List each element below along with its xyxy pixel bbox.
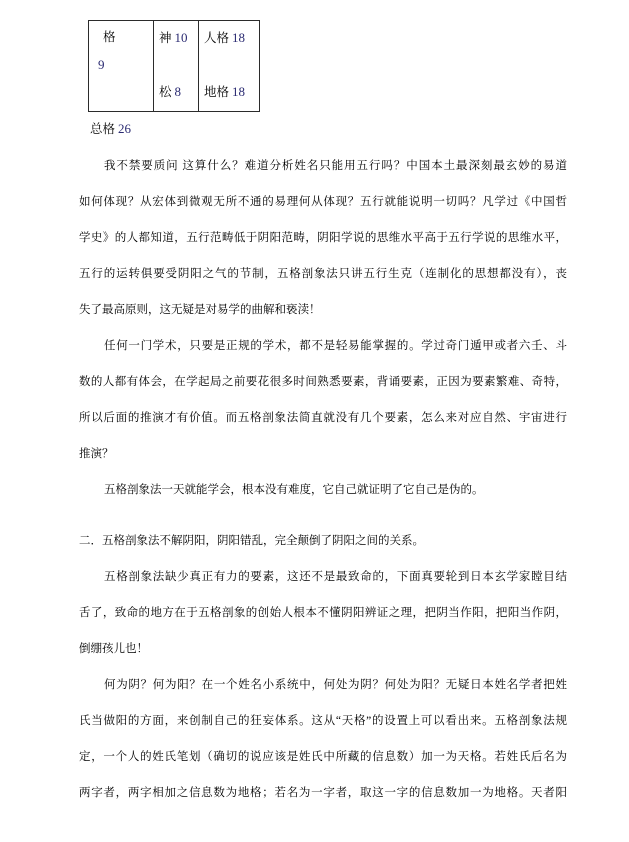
cell-renge-value: 18 (232, 30, 245, 45)
cell-shen-label: 神 (159, 31, 172, 45)
cell-ge-value: 9 (98, 57, 105, 72)
cell-song-label: 松 (159, 85, 172, 99)
paragraph-line: 两字者，两字相加之信息数为地格；若名为一字者，取这一字的信息数加一为地格。天者阳 (79, 775, 567, 811)
zongge-total-line: 总格26 (90, 120, 131, 138)
paragraph-line: 五格剖象法一天就能学会，根本没有难度，它自己就证明了它自己是伪的。 (79, 472, 567, 508)
cell-shen-value: 10 (175, 30, 188, 45)
document-page: 格 9 神10 松8 人格18 地格18 总格26 我不禁要质问 这算什么？难道… (0, 0, 629, 842)
cell-dige-value: 18 (232, 84, 245, 99)
cell-shen-entry: 神10 (159, 30, 188, 46)
cell-dige-label: 地格 (204, 85, 229, 99)
cell-renge-entry: 人格18 (204, 30, 245, 46)
paragraph-line: 所以后面的推演才有价值。而五格剖象法简直就没有几个要素，怎么来对应自然、宇宙进行 (79, 400, 567, 436)
zongge-label: 总格 (90, 122, 115, 136)
grid-cell-name-chars: 神10 松8 (154, 21, 199, 111)
paragraph-line: 定，一个人的姓氏笔划（确切的说应该是姓氏中所藏的信息数）加一为天格。若姓氏后名为 (79, 739, 567, 775)
paragraph-line: 如何体现？从宏体到微观无所不通的易理何从体现？五行就能说明一切吗？凡学过《中国哲 (79, 184, 567, 220)
paragraph-line: 失了最高原则，这无疑是对易学的曲解和亵渎！ (79, 292, 567, 328)
cell-song-entry: 松8 (159, 84, 181, 100)
zongge-value: 26 (118, 121, 131, 136)
cell-dige-entry: 地格18 (204, 84, 245, 100)
cell-renge-label: 人格 (204, 31, 229, 45)
section-heading: 二．五格剖象法不解阴阳，阴阳错乱，完全颠倒了阴阳之间的关系。 (79, 523, 567, 559)
paragraph-line: 学史》的人都知道，五行范畴低于阴阳范畴，阴阳学说的思维水平高于五行学说的思维水平… (79, 220, 567, 256)
grid-cell-ge: 格 9 (89, 21, 154, 111)
wuge-grid-table: 格 9 神10 松8 人格18 地格18 (88, 20, 260, 112)
paragraph-line: 氏当做阳的方面，来创制自己的狂妄体系。这从“天格”的设置上可以看出来。五格剖象法… (79, 703, 567, 739)
cell-song-value: 8 (175, 84, 182, 99)
paragraph-line: 何为阴？何为阳？在一个姓名小系统中，何处为阴？何处为阳？无疑日本姓名学者把姓 (79, 667, 567, 703)
paragraph-line: 倒绷孩儿也！ (79, 631, 567, 667)
paragraph-line: 五格剖象法缺少真正有力的要素，这还不是最致命的，下面真要轮到日本玄学家瞠目结 (79, 559, 567, 595)
paragraph-line: 我不禁要质问 这算什么？难道分析姓名只能用五行吗？中国本土最深刻最玄妙的易道 (79, 148, 567, 184)
paragraph-line: 数的人都有体会，在学起局之前要花很多时间熟悉要素，背诵要素，正因为要素繁难、奇特… (79, 364, 567, 400)
paragraph-line: 任何一门学术，只要是正规的学术，都不是轻易能掌握的。学过奇门遁甲或者六壬、斗 (79, 328, 567, 364)
paragraph-line: 舌了，致命的地方在于五格剖象的创始人根本不懂阴阳辨证之理，把阴当作阳，把阳当作阴… (79, 595, 567, 631)
paragraph-line: 推演？ (79, 436, 567, 472)
paragraph-line: 五行的运转俱要受阴阳之气的节制，五格剖象法只讲五行生克（连制化的思想都没有），丧 (79, 256, 567, 292)
body-text: 我不禁要质问 这算什么？难道分析姓名只能用五行吗？中国本土最深刻最玄妙的易道如何… (79, 148, 567, 811)
cell-ge-label: 格 (103, 30, 116, 45)
grid-cell-renge-dige: 人格18 地格18 (199, 21, 259, 111)
